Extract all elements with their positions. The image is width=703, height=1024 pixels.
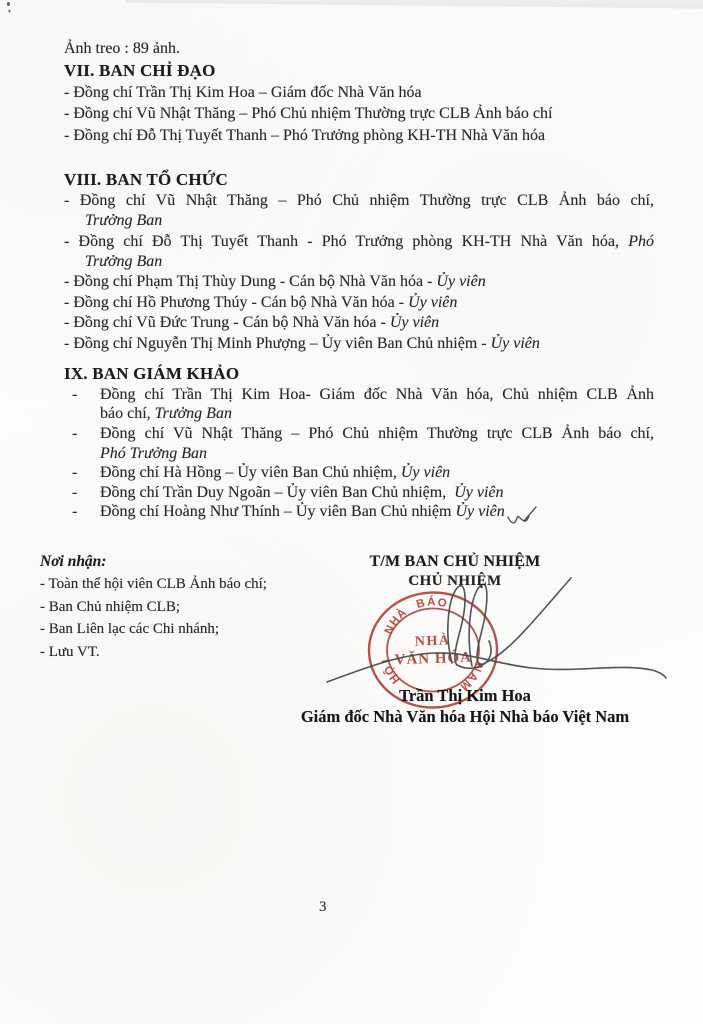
member-line: Trưởng Ban (64, 211, 654, 231)
scan-edge-artifact (125, 0, 703, 9)
stamp-ring-letter: O (437, 597, 448, 610)
handwritten-initials-mark (503, 503, 543, 533)
bullet-dash: - (72, 483, 77, 503)
stamp-ring-letter: Á (427, 595, 436, 608)
member-line: - Đồng chí Đỗ Thị Tuyết Thanh – Phó Trưở… (64, 125, 654, 147)
document-body: Ảnh treo : 89 ảnh. VII. BAN CHỈ ĐẠO- Đồn… (64, 38, 654, 522)
bullet-dash: - (72, 385, 77, 405)
bullet-dash: - (72, 463, 77, 483)
member-line: - Đồng chí Trần Thị Kim Hoa – Giám đốc N… (64, 82, 654, 104)
member-line: -Đồng chí Hà Hồng – Ủy viên Ban Chủ nhiệ… (64, 463, 654, 483)
recipients-list: - Toàn thể hội viên CLB Ảnh báo chí;- Ba… (40, 573, 267, 663)
bullet-dash: - (72, 502, 77, 522)
member-line: - Đồng chí Đỗ Thị Tuyết Thanh - Phó Trưở… (64, 232, 654, 252)
ink-speck (7, 2, 10, 6)
section-heading: VII. BAN CHỈ ĐẠO (64, 60, 654, 82)
official-stamp-and-signature: HỘINHÀBÁONAM NHÀ VĂN HÓA (280, 553, 703, 763)
member-line: - Đồng chí Vũ Đức Trung - Cán bộ Nhà Văn… (64, 313, 654, 333)
committee-sections: VII. BAN CHỈ ĐẠO- Đồng chí Trần Thị Kim … (64, 60, 654, 522)
handwritten-signature (327, 578, 666, 682)
red-stamp: HỘINHÀBÁONAM NHÀ VĂN HÓA (367, 590, 499, 709)
signature-rising-stroke (457, 578, 571, 668)
member-line: -Đồng chí Vũ Nhật Thăng – Phó Chủ nhiệm … (64, 424, 654, 444)
page-number: 3 (319, 899, 327, 916)
member-line: - Đồng chí Vũ Nhật Thăng – Phó Chủ nhiệm… (64, 191, 654, 211)
member-line: - Đồng chí Phạm Thị Thùy Dung - Cán bộ N… (64, 272, 654, 292)
stamp-center-line2: VĂN HÓA (394, 649, 472, 669)
recipient-line: - Ban Chủ nhiệm CLB; (40, 596, 267, 618)
stamp-ring-letter: B (415, 597, 426, 611)
member-line: -Đồng chí Trần Thị Kim Hoa- Giám đốc Nhà… (64, 385, 654, 405)
member-line: báo chí, Trưởng Ban (64, 404, 654, 424)
bullet-dash: - (72, 424, 77, 444)
recipient-line: - Lưu VT. (40, 641, 267, 663)
recipients-block: Nơi nhận: - Toàn thể hội viên CLB Ảnh bá… (40, 551, 267, 663)
section-heading: IX. BAN GIÁM KHẢO (64, 363, 654, 385)
member-line: - Đồng chí Hồ Phương Thúy - Cán bộ Nhà V… (64, 293, 654, 313)
stamp-center-line1: NHÀ (415, 631, 451, 649)
member-line: Trưởng Ban (64, 252, 654, 272)
signature-loop-2 (469, 584, 491, 666)
recipient-line: - Ban Liên lạc các Chi nhánh; (40, 618, 267, 640)
recipients-heading: Nơi nhận: (40, 551, 267, 573)
member-line: -Đồng chí Hoàng Như Thính – Ủy viên Ban … (64, 502, 654, 522)
member-line: Phó Trưởng Ban (64, 444, 654, 464)
member-line: -Đồng chí Trần Duy Ngoãn – Ủy viên Ban C… (64, 483, 654, 503)
document-page: Ảnh treo : 89 ảnh. VII. BAN CHỈ ĐẠO- Đồn… (0, 0, 703, 1024)
photo-count-line: Ảnh treo : 89 ảnh. (64, 38, 654, 60)
member-line: - Đồng chí Nguyễn Thị Minh Phượng – Ủy v… (64, 334, 654, 354)
section-heading: VIII. BAN TỔ CHỨC (64, 169, 654, 191)
member-line: - Đồng chí Vũ Nhật Thăng – Phó Chủ nhiệm… (64, 103, 654, 125)
recipient-line: - Toàn thể hội viên CLB Ảnh báo chí; (40, 573, 267, 595)
